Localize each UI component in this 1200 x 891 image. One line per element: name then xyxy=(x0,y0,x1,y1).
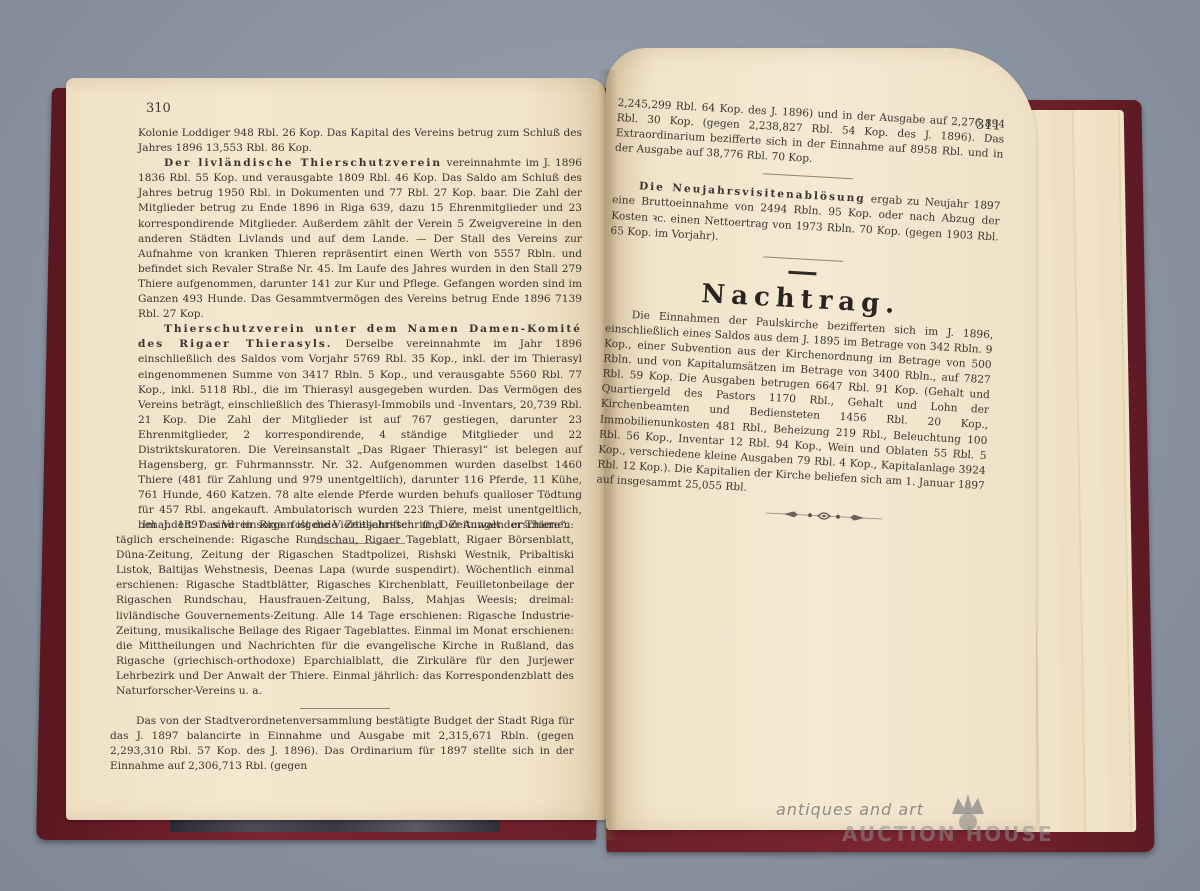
section-divider xyxy=(300,708,390,709)
paragraph: Der livländische Thierschutzverein verei… xyxy=(138,156,582,322)
paragraph: Die Neujahrsvisitenablösung ergab zu Neu… xyxy=(610,178,1001,260)
section-divider xyxy=(763,174,853,180)
bold-divider xyxy=(788,271,816,276)
left-page-body-3: Das von der Stadtverordnetenversammlung … xyxy=(110,714,574,774)
paragraph: Im J. 1897 sind in Riga folgende Zeitsch… xyxy=(116,518,574,699)
open-book: 310 Kolonie Loddiger 948 Rbl. 26 Kop. Da… xyxy=(0,0,1200,891)
right-page-body: 2,245,299 Rbl. 64 Kop. des J. 1896) und … xyxy=(596,96,1005,509)
left-page-body-2: Im J. 1897 sind in Riga folgende Zeitsch… xyxy=(116,518,574,721)
worn-cover-edge xyxy=(170,818,500,832)
paragraph: Die Einnahmen der Paulskirche bezifferte… xyxy=(596,307,994,510)
page-number-left: 310 xyxy=(146,101,171,116)
paragraph: Kolonie Loddiger 948 Rbl. 26 Kop. Das Ka… xyxy=(138,126,582,156)
paragraph-lead: Der livländische Thierschutzverein xyxy=(164,157,442,169)
left-page-body: Kolonie Loddiger 948 Rbl. 26 Kop. Das Ka… xyxy=(138,126,582,556)
watermark-text: antiques and art xyxy=(776,800,924,819)
crown-icon xyxy=(948,792,988,830)
paragraph: Das von der Stadtverordnetenversammlung … xyxy=(110,714,574,774)
paragraph: Thierschutzverein unter dem Namen Damen-… xyxy=(138,322,582,533)
section-divider xyxy=(763,256,843,261)
